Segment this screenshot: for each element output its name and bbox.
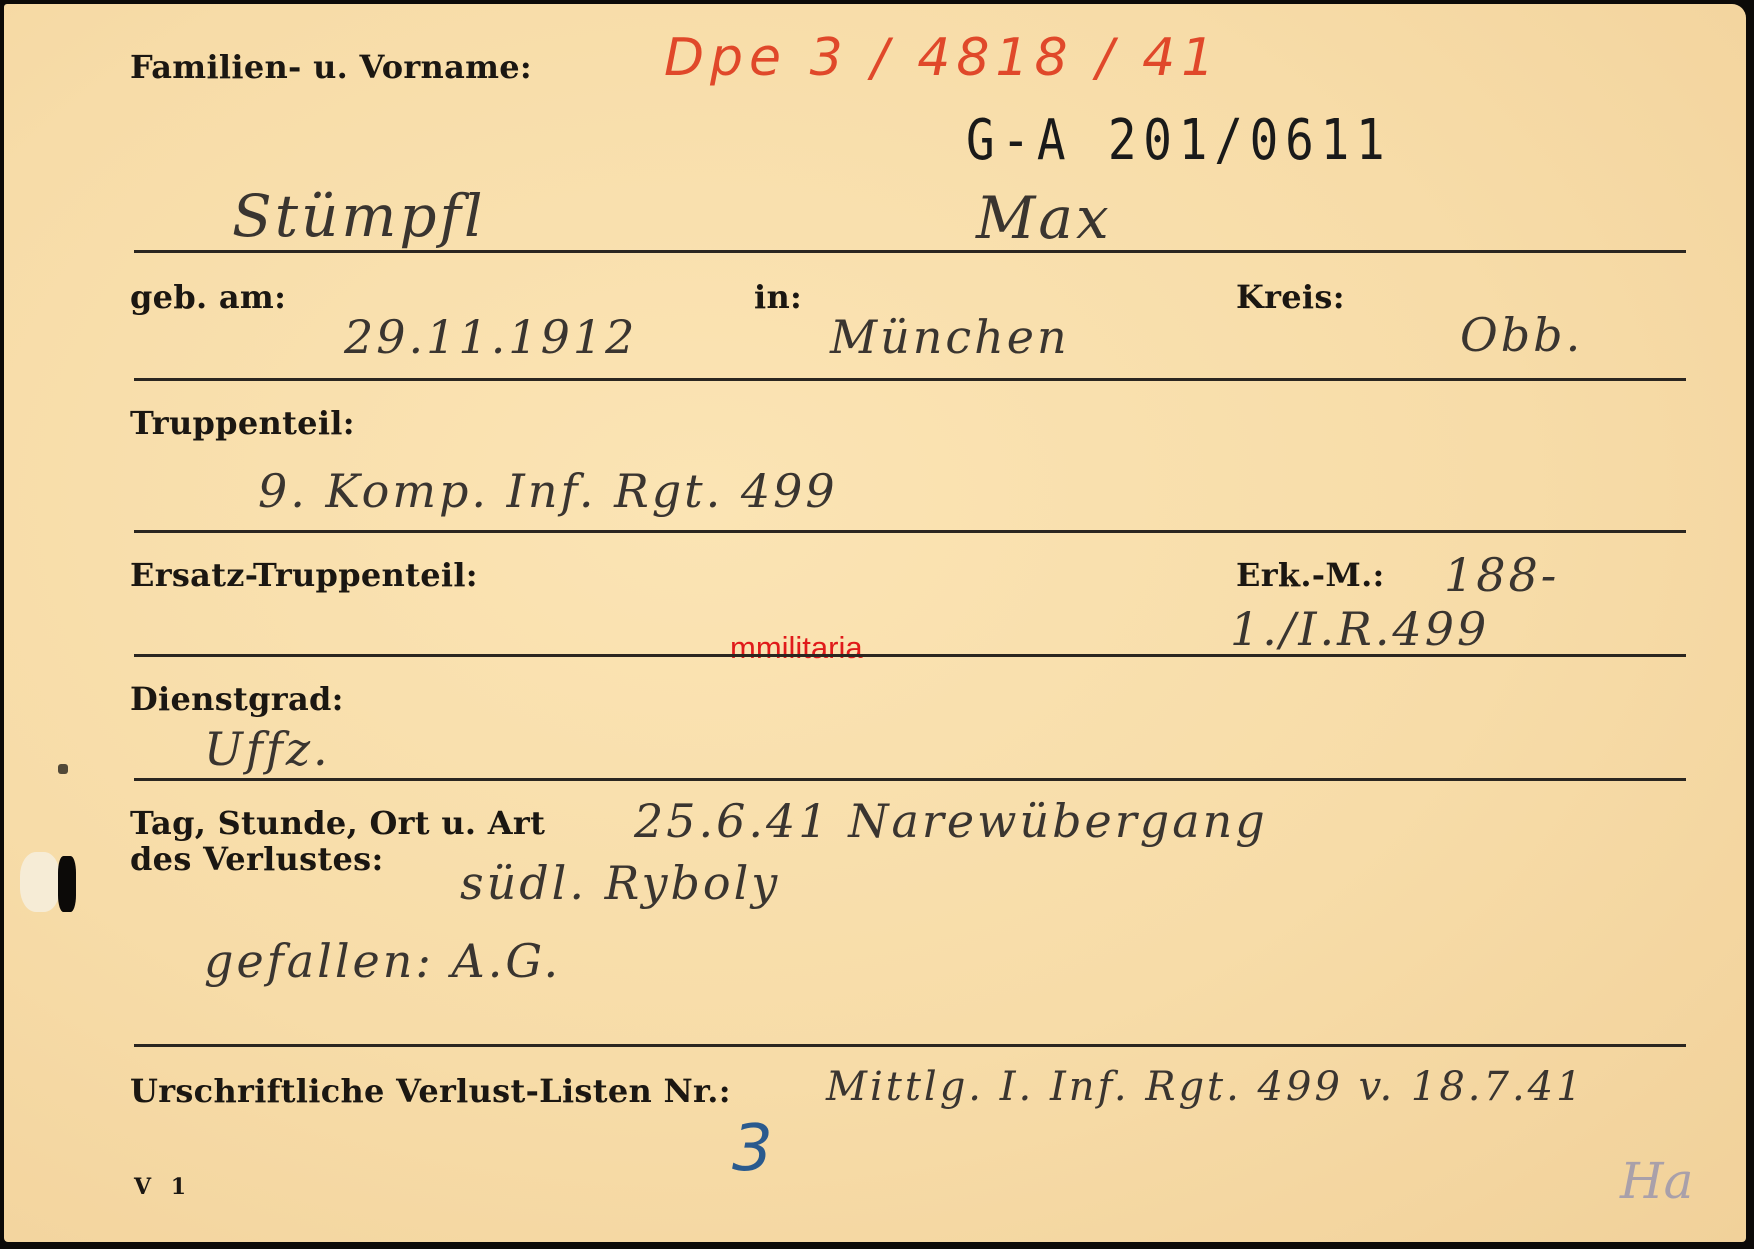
surname-value: Stümpfl xyxy=(232,182,486,250)
name-label: Familien- u. Vorname: xyxy=(130,48,532,86)
loss-value-line1: 25.6.41 Narewübergang xyxy=(634,794,1268,848)
watermark: mmilitaria xyxy=(730,630,863,666)
index-card: Familien- u. Vorname: Dpe 3 / 4818 / 41 … xyxy=(4,4,1746,1242)
form-code: V 1 xyxy=(134,1174,192,1200)
loss-label-line2: des Verlustes: xyxy=(130,840,384,878)
birth-date-label: geb. am: xyxy=(130,278,286,316)
loss-list-value: Mittlg. I. Inf. Rgt. 499 v. 18.7.41 xyxy=(826,1064,1585,1110)
rule-rank xyxy=(134,778,1686,781)
paper-spot xyxy=(58,764,68,774)
birth-date-value: 29.11.1912 xyxy=(344,310,637,364)
blue-annotation: 3 xyxy=(732,1112,773,1186)
rule-replacement-unit xyxy=(134,654,1686,657)
loss-value-line2: südl. Ryboly xyxy=(460,856,780,910)
rule-loss xyxy=(134,1044,1686,1047)
unit-label: Truppenteil: xyxy=(130,404,355,442)
district-value: Obb. xyxy=(1460,308,1583,362)
paper-tear xyxy=(20,852,60,912)
district-label: Kreis: xyxy=(1236,278,1345,316)
replacement-unit-label: Ersatz-Truppenteil: xyxy=(130,556,478,594)
pencil-initials: Ha xyxy=(1620,1152,1693,1210)
id-tag-value-line1: 188- xyxy=(1444,548,1559,602)
id-tag-label: Erk.-M.: xyxy=(1236,556,1385,594)
unit-value: 9. Komp. Inf. Rgt. 499 xyxy=(258,464,838,518)
rule-unit xyxy=(134,530,1686,533)
rank-value: Uffz. xyxy=(204,722,331,776)
loss-list-label: Urschriftliche Verlust-Listen Nr.: xyxy=(130,1072,731,1110)
rank-label: Dienstgrad: xyxy=(130,680,344,718)
rule-birth xyxy=(134,378,1686,381)
punch-hole xyxy=(58,856,76,912)
loss-label-line1: Tag, Stunde, Ort u. Art xyxy=(130,804,545,842)
rule-name xyxy=(134,250,1686,253)
given-name-value: Max xyxy=(976,184,1112,252)
loss-value-line3: gefallen: A.G. xyxy=(204,934,561,988)
red-file-annotation: Dpe 3 / 4818 / 41 xyxy=(664,28,1220,88)
birth-place-label: in: xyxy=(754,278,802,316)
birth-place-value: München xyxy=(830,310,1070,364)
id-tag-value-line2: 1./I.R.499 xyxy=(1230,602,1489,656)
archive-stamp-number: G-A 201/0611 xyxy=(966,108,1391,173)
